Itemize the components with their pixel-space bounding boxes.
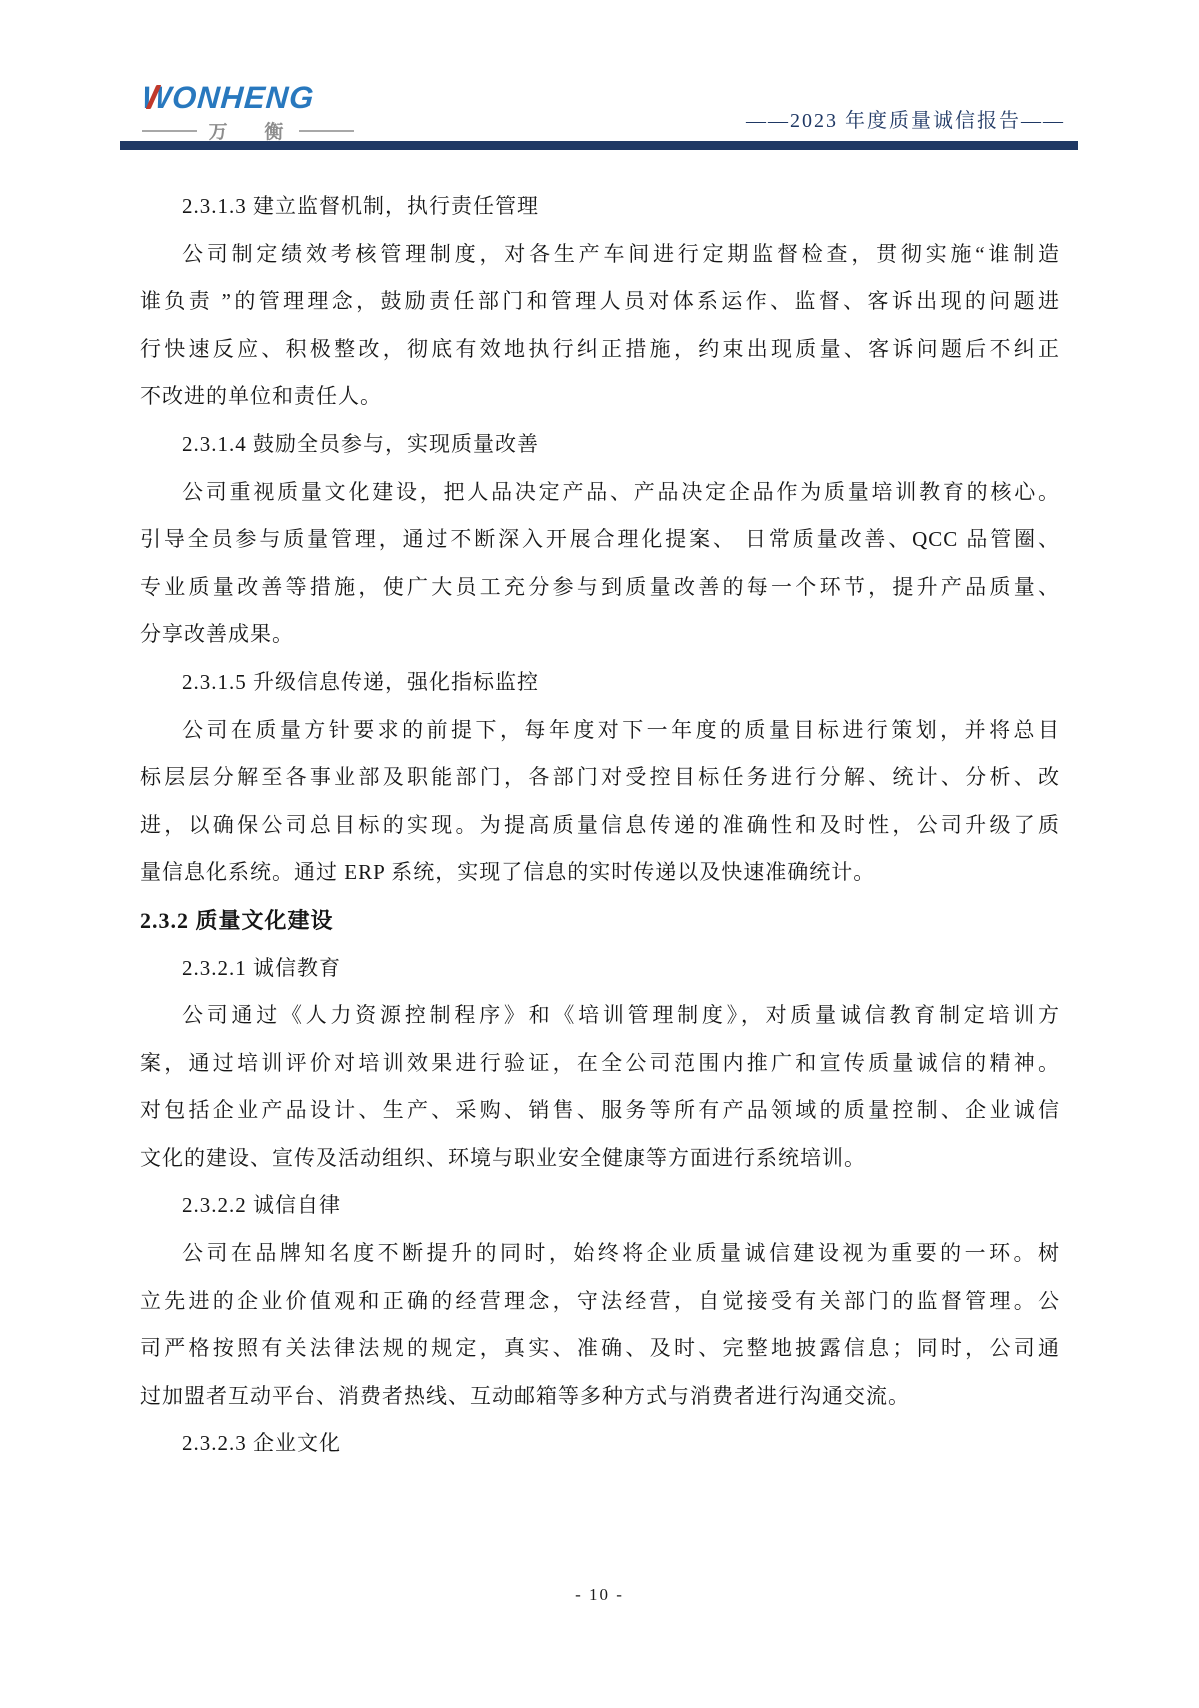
document-page: WONHENG 万 衡 ——2023 年度质量诚信报告—— 2.3.1.3 建立…	[0, 0, 1199, 1708]
paragraph-line: 分享改善成果。	[140, 611, 1060, 659]
paragraph-line: 量信息化系统。通过 ERP 系统，实现了信息的实时传递以及快速准确统计。	[140, 849, 1060, 897]
section-heading: 2.3.2 质量文化建设	[140, 897, 1060, 945]
paragraph-line: 谁负责 ”的管理理念，鼓励责任部门和管理人员对体系运作、监督、客诉出现的问题进	[140, 278, 1060, 326]
logo-subtitle: 万 衡	[197, 117, 300, 144]
logo-left-rule	[142, 130, 197, 132]
paragraph-line: 司严格按照有关法律法规的规定，真实、准确、及时、完整地披露信息；同时，公司通	[140, 1325, 1060, 1373]
paragraph-line: 标层层分解至各事业部及职能部门，各部门对受控目标任务进行分解、统计、分析、改	[140, 754, 1060, 802]
paragraph-line: 行快速反应、积极整改，彻底有效地执行纠正措施，约束出现质量、客诉问题后不纠正	[140, 326, 1060, 374]
report-header-title: ——2023 年度质量诚信报告——	[746, 104, 1065, 133]
paragraph-line: 公司重视质量文化建设，把人品决定产品、产品决定企品作为质量培训教育的核心。	[140, 469, 1060, 517]
paragraph-line: 对包括企业产品设计、生产、采购、销售、服务等所有产品领域的质量控制、企业诚信	[140, 1087, 1060, 1135]
paragraph-line: 公司通过《人力资源控制程序》和《培训管理制度》，对质量诚信教育制定培训方	[140, 992, 1060, 1040]
paragraph-line: 不改进的单位和责任人。	[140, 373, 1060, 421]
subsection-heading: 2.3.1.4 鼓励全员参与，实现质量改善	[140, 421, 1060, 469]
paragraph-line: 立先进的企业价值观和正确的经营理念，守法经营，自觉接受有关部门的监督管理。公	[140, 1278, 1060, 1326]
subsection-heading: 2.3.2.2 诚信自律	[140, 1182, 1060, 1230]
logo-right-rule	[299, 130, 354, 132]
subsection-heading: 2.3.2.3 企业文化	[140, 1420, 1060, 1468]
paragraph-line: 专业质量改善等措施，使广大员工充分参与到质量改善的每一个环节，提升产品质量、	[140, 564, 1060, 612]
paragraph-line: 文化的建设、宣传及活动组织、环境与职业安全健康等方面进行系统培训。	[140, 1135, 1060, 1183]
subsection-heading: 2.3.1.5 升级信息传递，强化指标监控	[140, 659, 1060, 707]
logo-subtitle-row: 万 衡	[142, 117, 354, 144]
subsection-heading: 2.3.1.3 建立监督机制，执行责任管理	[140, 183, 1060, 231]
paragraph-line: 公司在质量方针要求的前提下，每年度对下一年度的质量目标进行策划，并将总目	[140, 707, 1060, 755]
paragraph-line: 公司在品牌知名度不断提升的同时，始终将企业质量诚信建设视为重要的一环。树	[140, 1230, 1060, 1278]
header-divider-rule	[120, 141, 1078, 150]
page-number: - 10 -	[0, 1585, 1199, 1605]
paragraph-line: 引导全员参与质量管理，通过不断深入开展合理化提案、 日常质量改善、QCC 品管圈…	[140, 516, 1060, 564]
company-logo: WONHENG 万 衡	[142, 82, 357, 144]
content: 2.3.1.3 建立监督机制，执行责任管理公司制定绩效考核管理制度，对各生产车间…	[140, 183, 1060, 1468]
paragraph-line: 公司制定绩效考核管理制度，对各生产车间进行定期监督检查，贯彻实施“谁制造	[140, 231, 1060, 279]
paragraph-line: 案，通过培训评价对培训效果进行验证，在全公司范围内推广和宣传质量诚信的精神。	[140, 1040, 1060, 1088]
subsection-heading: 2.3.2.1 诚信教育	[140, 945, 1060, 993]
paragraph-line: 过加盟者互动平台、消费者热线、互动邮箱等多种方式与消费者进行沟通交流。	[140, 1373, 1060, 1421]
logo-brand-text: WONHENG	[141, 82, 316, 114]
paragraph-line: 进，以确保公司总目标的实现。为提高质量信息传递的准确性和及时性，公司升级了质	[140, 802, 1060, 850]
